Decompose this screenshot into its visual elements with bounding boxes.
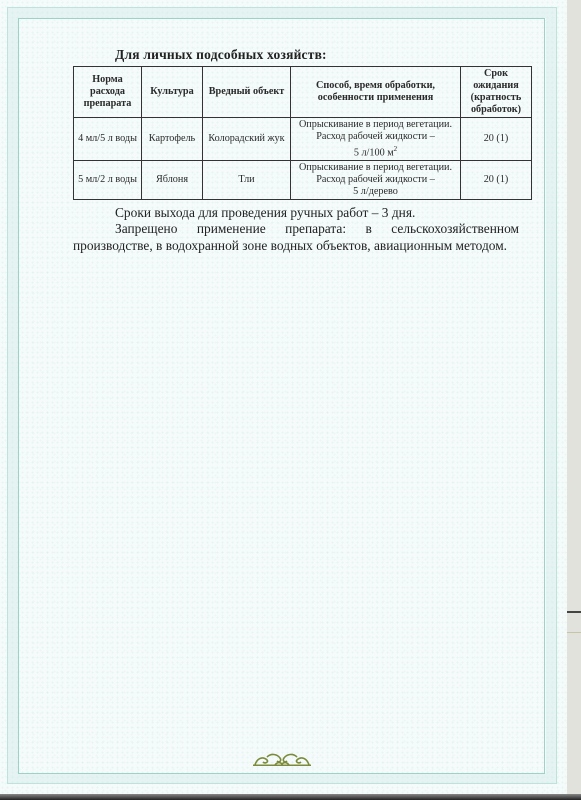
scan-mark-faint	[567, 632, 581, 633]
cell-rate: 4 мл/5 л воды	[74, 118, 142, 161]
floral-ornament-icon	[253, 752, 311, 766]
method-superscript: 2	[394, 145, 398, 153]
cell-pest: Колорадский жук	[203, 118, 291, 161]
method-line-3: 5 л/дерево	[353, 186, 398, 197]
header-rate: Норма расхода препарата	[74, 67, 142, 118]
table-header-row: Норма расхода препарата Культура Вредный…	[74, 67, 532, 118]
header-pest: Вредный объект	[203, 67, 291, 118]
cell-rate: 5 мл/2 л воды	[74, 161, 142, 200]
cell-method: Опрыскивание в период вегетации. Расход …	[291, 161, 461, 200]
scan-edge-bottom	[0, 794, 581, 800]
method-line-2: Расход рабочей жидкости –	[316, 174, 435, 185]
document-page: Для личных подсобных хозяйств: Норма рас…	[0, 0, 567, 794]
method-line-2: Расход рабочей жидкости –	[316, 131, 435, 142]
scan-margin-right	[567, 0, 581, 800]
cell-pest: Тли	[203, 161, 291, 200]
table-row: 4 мл/5 л воды Картофель Колорадский жук …	[74, 118, 532, 161]
method-line-1: Опрыскивание в период вегетации.	[299, 119, 452, 130]
paragraph-restrictions: Запрещено применение препарата: в сельск…	[73, 221, 519, 254]
method-line-1: Опрыскивание в период вегетации.	[299, 162, 452, 173]
cell-waiting: 20 (1)	[461, 161, 532, 200]
table-row: 5 мл/2 л воды Яблоня Тли Опрыскивание в …	[74, 161, 532, 200]
header-method: Способ, время обработки, особенности при…	[291, 67, 461, 118]
section-heading: Для личных подсобных хозяйств:	[115, 47, 327, 63]
application-rates-table: Норма расхода препарата Культура Вредный…	[73, 66, 532, 200]
cell-method: Опрыскивание в период вегетации. Расход …	[291, 118, 461, 161]
cell-crop: Яблоня	[142, 161, 203, 200]
cell-waiting: 20 (1)	[461, 118, 532, 161]
header-waiting: Срок ожидания (кратность обработок)	[461, 67, 532, 118]
header-crop: Культура	[142, 67, 203, 118]
paragraph-re-entry-period: Сроки выхода для проведения ручных работ…	[73, 205, 519, 222]
method-line-3: 5 л/100 м	[354, 147, 394, 158]
scan-mark	[567, 611, 581, 613]
cell-crop: Картофель	[142, 118, 203, 161]
